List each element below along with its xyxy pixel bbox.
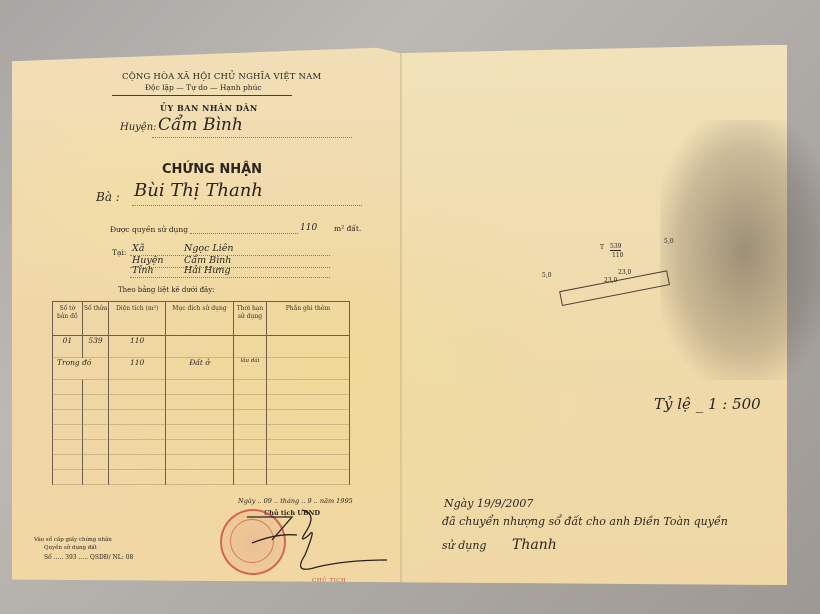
col-parcel-no: Số thửa bbox=[82, 302, 109, 336]
national-motto: Độc lập — Tự do — Hạnh phúc bbox=[145, 83, 262, 92]
cell bbox=[234, 336, 267, 358]
registry-number: Số ..... 393 ..... QSDĐ/ NL: 08 bbox=[44, 554, 133, 561]
cell: 110 bbox=[109, 336, 165, 358]
header-rule bbox=[112, 95, 292, 96]
plot-parcel-area: 110 bbox=[612, 252, 623, 259]
note-date: Ngày 19/9/2007 bbox=[444, 497, 533, 510]
table-header-row: Số tờ bản đồ Số thửa Diện tích (m²) Mục … bbox=[53, 302, 350, 336]
district-dotted-line bbox=[152, 137, 352, 138]
commune-label: Xã bbox=[132, 243, 144, 254]
usage-dotted-line bbox=[190, 233, 298, 234]
table-row bbox=[53, 440, 350, 455]
certificate-title: CHỨNG NHẬN bbox=[162, 162, 262, 177]
stamp-title: CHỦ TỊCH bbox=[312, 578, 346, 584]
plot-parcel-prefix: T bbox=[600, 244, 604, 251]
holder-name: Bùi Thị Thanh bbox=[134, 180, 263, 201]
plot-left-width: 5,0 bbox=[542, 272, 552, 279]
cell bbox=[165, 336, 233, 358]
cell: Trong đó bbox=[53, 358, 109, 380]
table-row bbox=[53, 455, 350, 470]
table-row bbox=[53, 425, 350, 440]
area-unit: m² đất. bbox=[334, 224, 361, 233]
registry-line-2: Quyền sử dụng đất bbox=[44, 545, 97, 551]
table-row: Trong đó 110 Đất ở lâu dài bbox=[53, 358, 350, 380]
table-row: 01 539 110 bbox=[53, 336, 350, 358]
location-label: Tại: bbox=[112, 248, 126, 257]
cell: 01 bbox=[53, 336, 83, 358]
note-text-cont: sử dụng bbox=[442, 539, 486, 552]
district-value: Cẩm Bình bbox=[158, 115, 243, 135]
col-term: Thời hạn sử dụng bbox=[234, 302, 267, 336]
cell: Đất ở bbox=[165, 358, 233, 380]
signer-name: VŨ ĐƯƠNG HOÀN bbox=[297, 590, 360, 598]
col-map-sheet: Số tờ bản đồ bbox=[53, 302, 83, 336]
cell bbox=[266, 358, 349, 380]
usage-label: Được quyền sử dụng bbox=[110, 225, 188, 234]
col-notes: Phần ghi thêm bbox=[266, 302, 349, 336]
map-scale: Tỷ lệ _ 1 : 500 bbox=[654, 395, 761, 413]
note-text: đã chuyển nhượng sổ đất cho anh Điền Toà… bbox=[442, 515, 728, 528]
plot-top-length: 23,0 bbox=[604, 277, 617, 284]
holder-dotted-line bbox=[132, 205, 362, 206]
center-fold bbox=[400, 45, 402, 585]
national-title: CỘNG HÒA XÃ HỘI CHỦ NGHĨA VIỆT NAM bbox=[122, 72, 321, 82]
plot-bottom-length: 23,0 bbox=[618, 269, 631, 276]
table-row bbox=[53, 380, 350, 395]
table-row bbox=[53, 395, 350, 410]
issuer: ỦY BAN NHÂN DÂN bbox=[160, 103, 258, 113]
cell: 539 bbox=[82, 336, 109, 358]
province-value: Hải Hưng bbox=[184, 265, 231, 276]
cell: 110 bbox=[109, 358, 165, 380]
table-intro: Theo bảng liệt kê dưới đây: bbox=[118, 286, 215, 294]
signature-icon bbox=[247, 505, 387, 580]
cell: lâu dài bbox=[234, 358, 267, 380]
col-area: Diện tích (m²) bbox=[109, 302, 165, 336]
col-purpose: Mục đích sử dụng bbox=[165, 302, 233, 336]
plot-parcel-number: 539 bbox=[610, 243, 621, 251]
registry-line-1: Vào sổ cấp giấy chứng nhận bbox=[34, 537, 112, 543]
table-row bbox=[53, 470, 350, 485]
note-signature: Thanh bbox=[512, 537, 557, 553]
cell bbox=[266, 336, 349, 358]
table-row bbox=[53, 410, 350, 425]
province-label: Tỉnh bbox=[132, 265, 154, 276]
hand-shadow bbox=[660, 120, 820, 380]
commune-value: Ngọc Liên bbox=[184, 243, 234, 254]
issue-date: Ngày .. 09 .. tháng .. 9 .. năm 1995 bbox=[238, 497, 353, 505]
land-parcel-table: Số tờ bản đồ Số thửa Diện tích (m²) Mục … bbox=[52, 301, 350, 485]
province-line bbox=[130, 277, 330, 278]
district-label: Huyện: bbox=[120, 122, 157, 133]
area-value: 110 bbox=[300, 223, 317, 233]
holder-label: Bà : bbox=[96, 190, 120, 204]
